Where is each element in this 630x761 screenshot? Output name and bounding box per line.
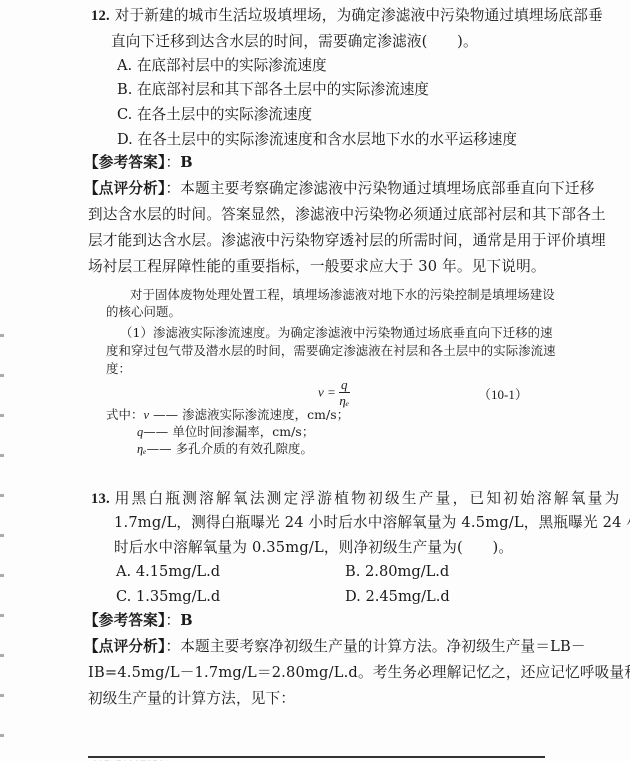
q12-option-b: B. 在底部衬层和其下部各土层中的实际渗流速度: [117, 81, 429, 99]
q13-answer: 【参考答案】：B: [84, 612, 193, 630]
q13-answer-value: B: [180, 612, 193, 629]
definition-v: 式中：ν —— 渗滤液实际渗流速度，cm/s；: [106, 407, 349, 423]
q12-option-a: A. 在底部衬层中的实际渗流速度: [117, 57, 327, 75]
q13-stem-line2: 1.7mg/L，测得白瓶曝光 24 小时后水中溶解氧量为 4.5mg/L，黑瓶曝…: [114, 514, 630, 532]
q13-option-d: D. 2.45mg/L.d: [345, 588, 450, 606]
footer-rule: [88, 756, 545, 758]
q12-option-d: D. 在各土层中的实际渗流速度和含水层地下水的水平运移速度: [117, 131, 517, 149]
formula-numerator: q: [339, 378, 350, 393]
excerpt-para2-line2: 度和穿过包气带及潜水层的时间，需要确定渗滤液在衬层和各土层中的实际渗流速: [106, 343, 556, 359]
formula-10-1: ν = q ηₑ: [318, 378, 350, 409]
definition-q: q—— 单位时间渗漏率，cm/s；: [137, 424, 314, 440]
q13-stem-line3: 时后水中溶解氧量为 0.35mg/L，则净初级生产量为( )。: [114, 539, 513, 557]
q12-analysis-line1: 【点评分析】：本题主要考察确定渗滤液中污染物通过填埋场底部垂直向下迁移: [84, 180, 595, 198]
q12-analysis-line3: 层才能到达含水层。渗滤液中污染物穿透衬层的所需时间，通常是用于评价填埋: [88, 232, 606, 250]
q12-option-c: C. 在各土层中的实际渗流速度: [117, 106, 312, 124]
q12-stem-line2: 直向下迁移到达含水层的时间，需要确定渗滤液( )。: [111, 33, 478, 51]
equation-number: （10-1）: [478, 384, 528, 403]
q12-stem-line1: 12. 对于新建的城市生活垃圾填埋场，为确定渗滤液中污染物通过填埋场底部垂: [91, 7, 603, 25]
q12-answer-value: B: [180, 154, 193, 171]
q13-option-a: A. 4.15mg/L.d: [116, 563, 220, 581]
q13-stem-line1: 13. 用黑白瓶测溶解氧法测定浮游植物初级生产量，已知初始溶解氧量为: [91, 490, 622, 508]
q12-analysis-line2: 到达含水层的时间。答案显然，渗滤液中污染物必须通过底部衬层和其下部各土: [88, 206, 606, 224]
exam-page: 12. 对于新建的城市生活垃圾填埋场，为确定渗滤液中污染物通过填埋场底部垂 直向…: [0, 0, 630, 761]
q12-number: 12.: [91, 8, 110, 24]
q12-answer: 【参考答案】：B: [84, 154, 193, 172]
q13-option-c: C. 1.35mg/L.d: [116, 588, 220, 606]
excerpt-para2-line3: 度：: [106, 361, 131, 377]
scan-binding-marks: [0, 320, 4, 761]
definition-eta: ηₑ—— 多孔介质的有效孔隙度。: [137, 441, 313, 457]
q13-analysis-line3: 初级生产量的计算方法，见下：: [88, 690, 295, 708]
excerpt-para2-line1: （1）渗滤液实际渗流速度。为确定渗滤液中污染物通过场底垂直向下迁移的速: [120, 325, 553, 341]
q13-option-b: B. 2.80mg/L.d: [345, 563, 449, 581]
excerpt-para1-line1: 对于固体废物处理处置工程，填埋场渗滤液对地下水的污染控制是填埋场建设: [130, 287, 555, 303]
q13-analysis-line2: IB=4.5mg/L－1.7mg/L＝2.80mg/L.d。考生务必理解记忆之，…: [88, 664, 630, 682]
q13-analysis-line1: 【点评分析】：本题主要考察净初级生产量的计算方法。净初级生产量＝LB－: [84, 638, 586, 656]
q12-analysis-line4: 场衬层工程屏障性能的重要指标，一般要求应大于 30 年。见下说明。: [88, 258, 546, 276]
q13-number: 13.: [91, 491, 110, 507]
excerpt-para1-line2: 的核心问题。: [106, 304, 181, 320]
